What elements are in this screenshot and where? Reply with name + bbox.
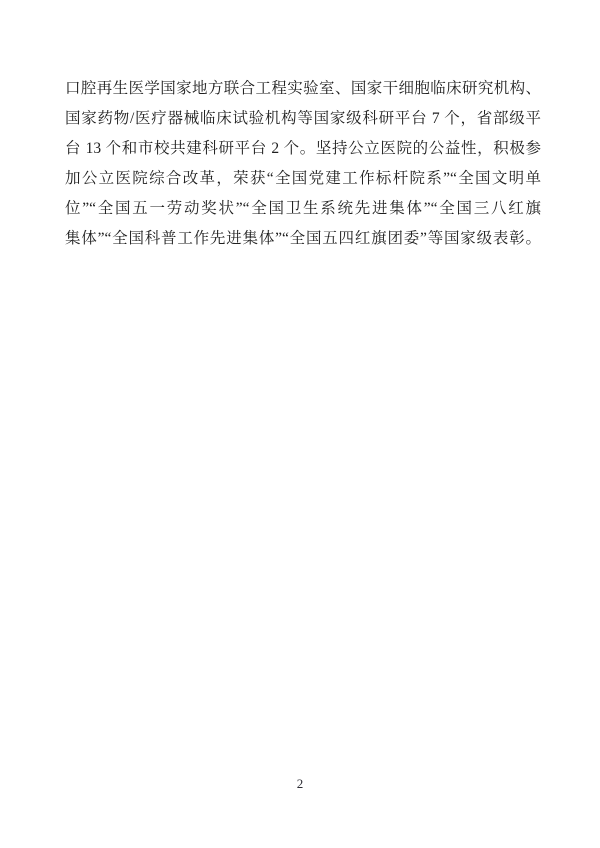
paragraph-line: 加公立医院综合改革，荣获“全国党建工作标杆院系”“全国文明单 <box>65 164 541 194</box>
paragraph-line: 口腔再生医学国家地方联合工程实验室、国家干细胞临床研究机构、 <box>65 74 541 104</box>
document-page: 口腔再生医学国家地方联合工程实验室、国家干细胞临床研究机构、 国家药物/医疗器械… <box>0 0 600 848</box>
paragraph-line: 台 13 个和市校共建科研平台 2 个。坚持公立医院的公益性，积极参 <box>65 134 541 164</box>
page-footer: 2 <box>0 775 600 793</box>
page-number: 2 <box>297 776 304 791</box>
paragraph-line: 集体”“全国科普工作先进集体”“全国五四红旗团委”等国家级表彰。 <box>65 224 541 254</box>
paragraph-block: 口腔再生医学国家地方联合工程实验室、国家干细胞临床研究机构、 国家药物/医疗器械… <box>65 74 541 254</box>
paragraph-line: 国家药物/医疗器械临床试验机构等国家级科研平台 7 个，省部级平 <box>65 104 541 134</box>
paragraph-line: 位”“全国五一劳动奖状”“全国卫生系统先进集体”“全国三八红旗 <box>65 194 541 224</box>
